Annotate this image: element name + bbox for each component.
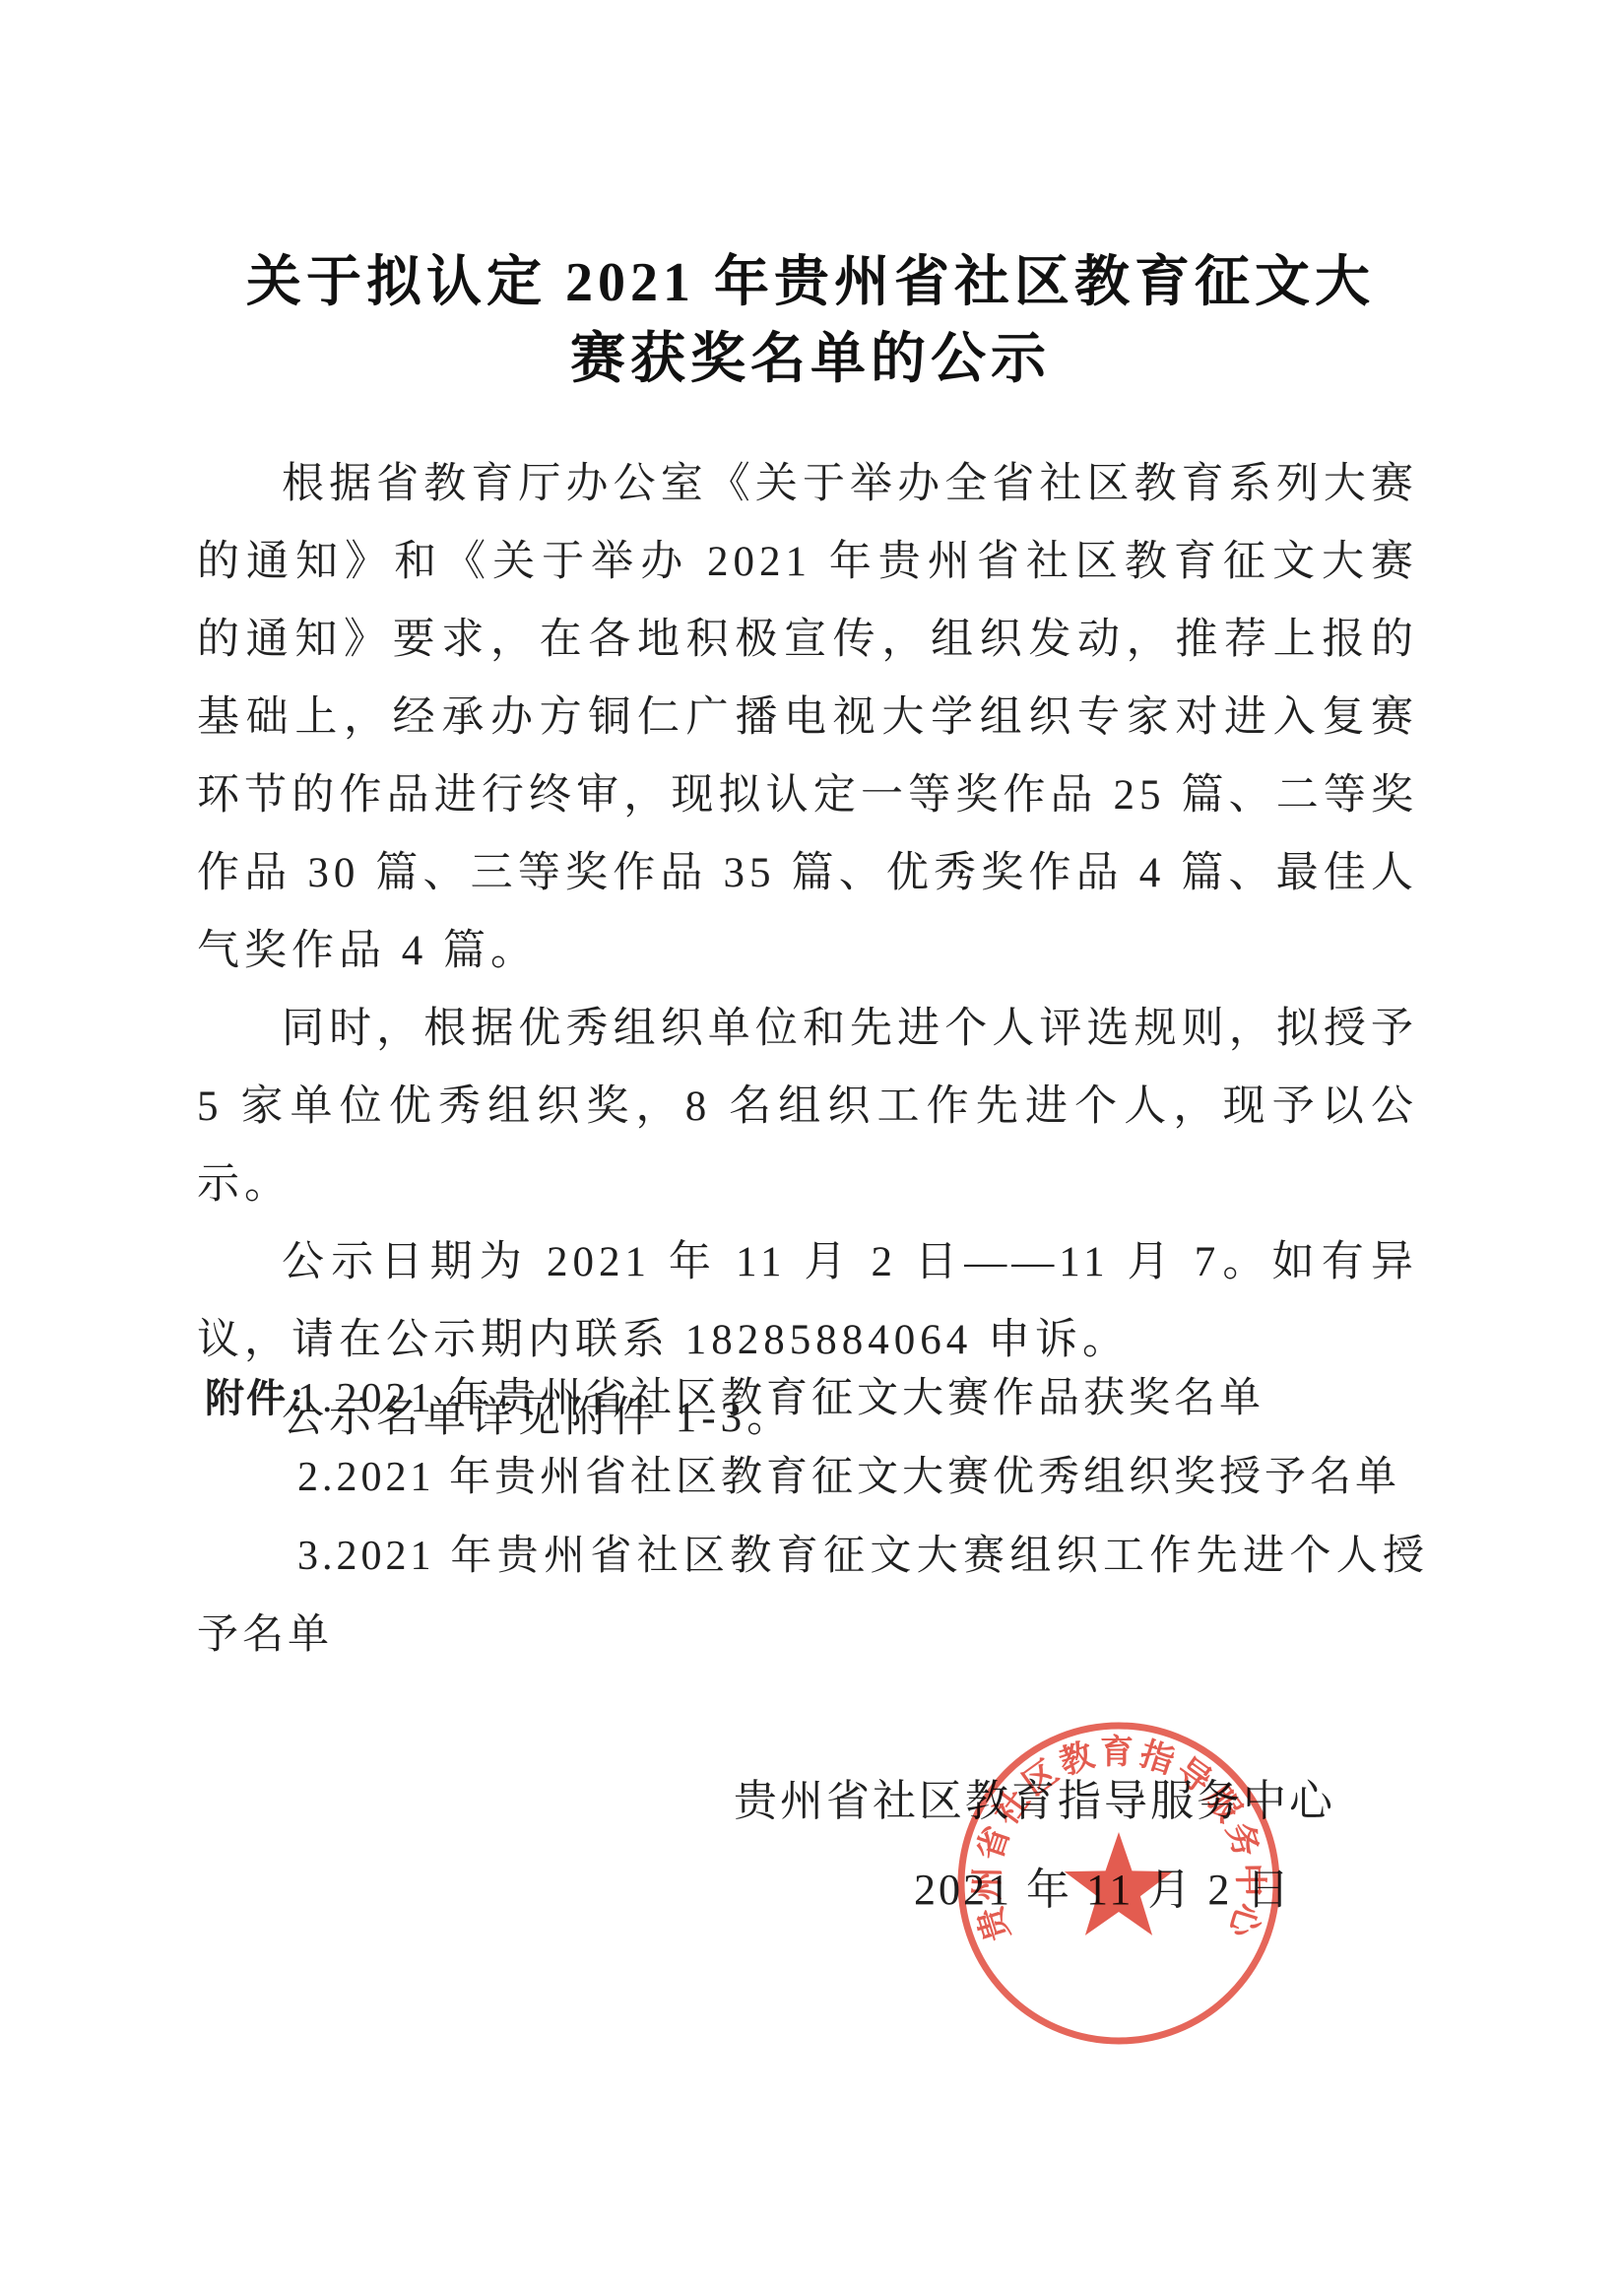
attachment-item-3: 3.2021 年贵州省社区教育征文大赛组织工作先进个人授予名单 [197,1517,1428,1674]
attachments-label: 附件： [205,1359,329,1438]
document-title: 关于拟认定 2021 年贵州省社区教育征文大 赛获奖名单的公示 [0,244,1621,398]
attachment-item-1: 1.2021 年贵州省社区教育征文大赛作品获奖名单 [197,1359,1428,1438]
official-seal-stamp: 贵州省社区教育指导服务中心 [941,1706,1296,2061]
document-body: 根据省教育厅办公室《关于举办全省社区教育系列大赛的通知》和《关于举办 2021 … [197,445,1418,1457]
announcement-document-page: 关于拟认定 2021 年贵州省社区教育征文大 赛获奖名单的公示 根据省教育厅办公… [0,0,1621,2296]
document-title-line-1: 关于拟认定 2021 年贵州省社区教育征文大 [0,244,1621,321]
attachment-item-2: 2.2021 年贵州省社区教育征文大赛优秀组织奖授予名单 [197,1438,1428,1517]
body-paragraph-1: 根据省教育厅办公室《关于举办全省社区教育系列大赛的通知》和《关于举办 2021 … [197,445,1418,990]
star-icon [1065,1832,1173,1935]
document-title-line-2: 赛获奖名单的公示 [0,321,1621,398]
attachments-section: 附件： 1.2021 年贵州省社区教育征文大赛作品获奖名单 2.2021 年贵州… [197,1359,1428,1674]
body-paragraph-3: 公示日期为 2021 年 11 月 2 日——11 月 7。如有异议，请在公示期… [197,1223,1418,1379]
body-paragraph-2: 同时，根据优秀组织单位和先进个人评选规则，拟授予 5 家单位优秀组织奖，8 名组… [197,990,1418,1223]
